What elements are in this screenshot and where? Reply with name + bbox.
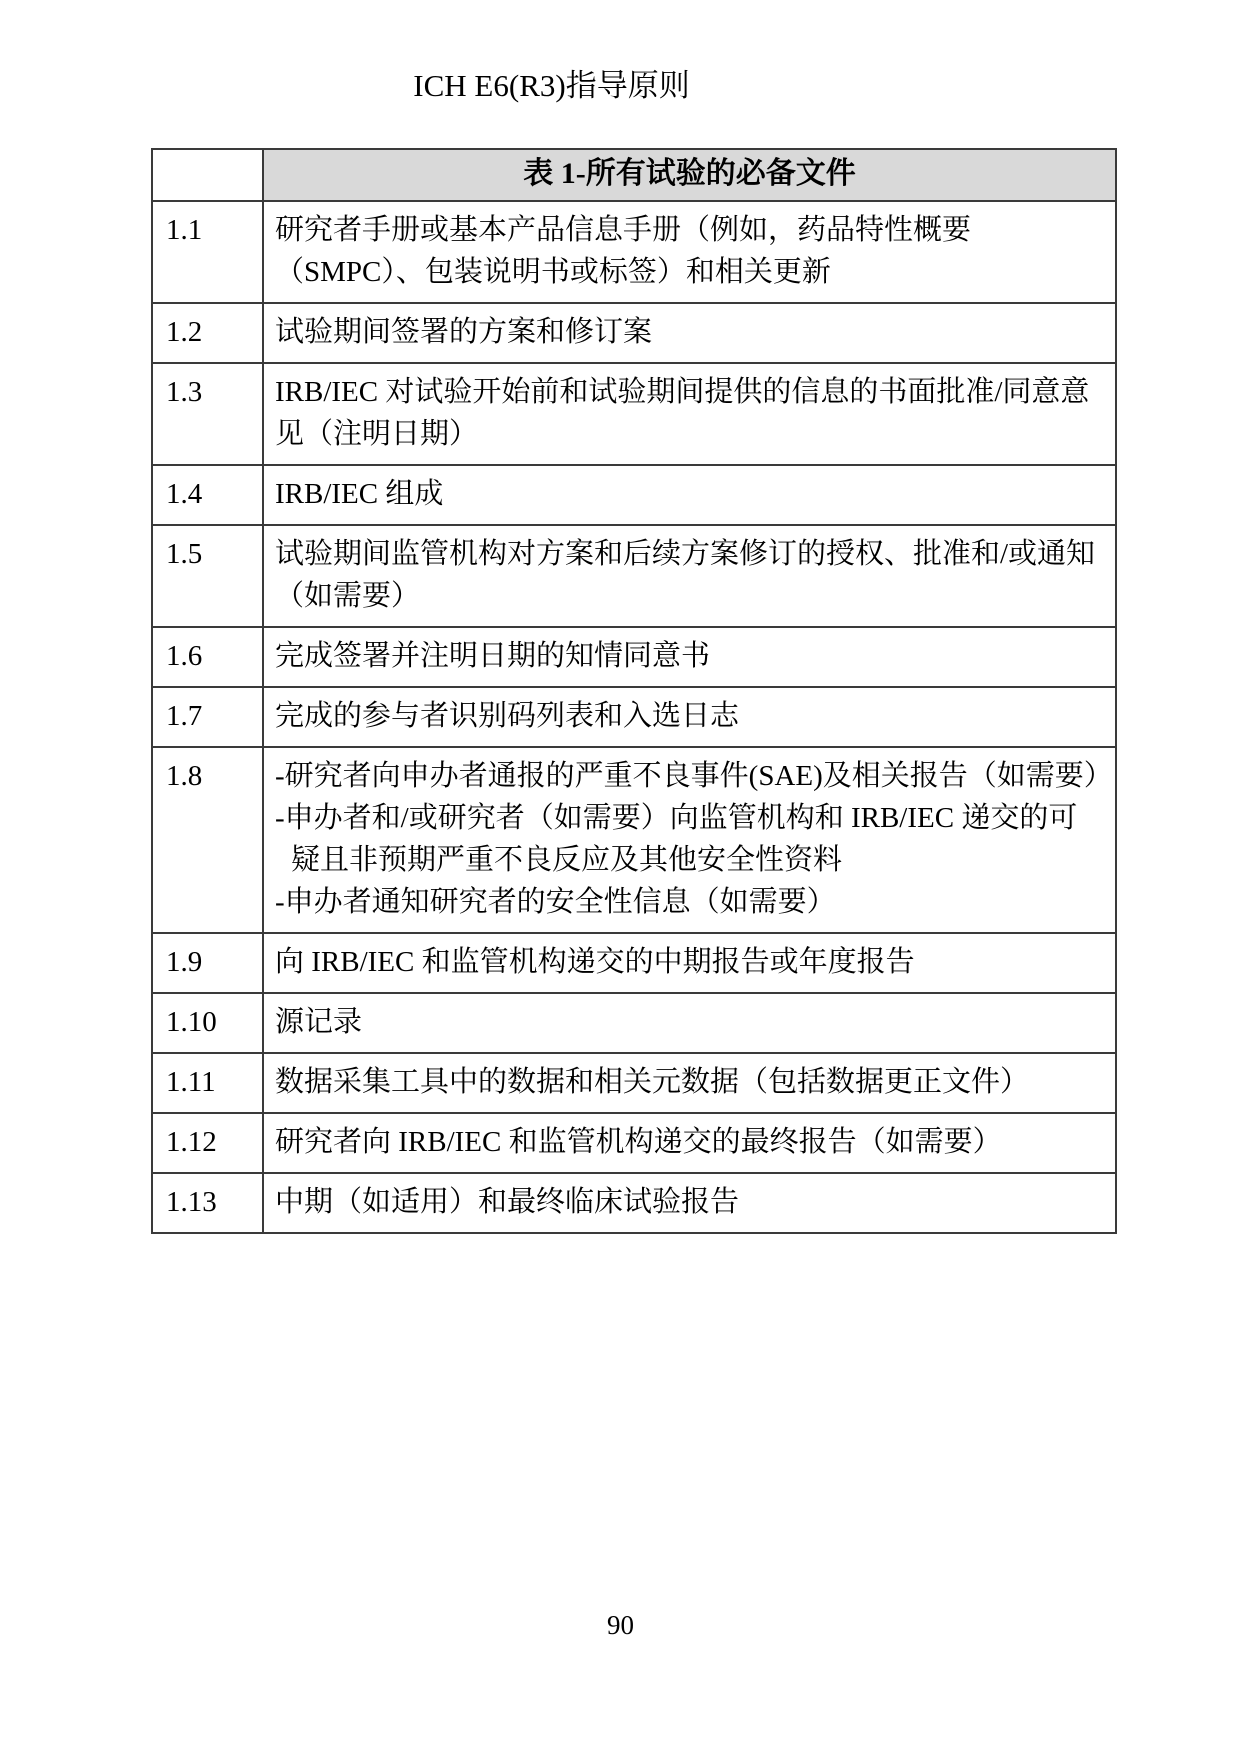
row-id: 1.5: [152, 525, 263, 627]
table-row: 1.5试验期间监管机构对方案和后续方案修订的授权、批准和/或通知（如需要）: [152, 525, 1116, 627]
table-header-empty-cell: [152, 149, 263, 201]
essential-documents-table: 表 1-所有试验的必备文件 1.1研究者手册或基本产品信息手册（例如，药品特性概…: [151, 148, 1117, 1234]
row-description: 源记录: [263, 993, 1116, 1053]
row-description: 数据采集工具中的数据和相关元数据（包括数据更正文件）: [263, 1053, 1116, 1113]
table-row: 1.13中期（如适用）和最终临床试验报告: [152, 1173, 1116, 1233]
table-row: 1.3IRB/IEC 对试验开始前和试验期间提供的信息的书面批准/同意意见（注明…: [152, 363, 1116, 465]
row-description: 研究者向 IRB/IEC 和监管机构递交的最终报告（如需要）: [263, 1113, 1116, 1173]
row-id: 1.4: [152, 465, 263, 525]
dash-list-item: -申办者和/或研究者（如需要）向监管机构和 IRB/IEC 递交的可疑且非预期严…: [275, 797, 1101, 881]
row-description: 完成签署并注明日期的知情同意书: [263, 627, 1116, 687]
row-id: 1.9: [152, 933, 263, 993]
row-description: 完成的参与者识别码列表和入选日志: [263, 687, 1116, 747]
row-id: 1.12: [152, 1113, 263, 1173]
row-id: 1.1: [152, 201, 263, 303]
table-row: 1.8-研究者向申办者通报的严重不良事件(SAE)及相关报告（如需要）-申办者和…: [152, 747, 1116, 933]
dash-list-item: -申办者通知研究者的安全性信息（如需要）: [275, 881, 1101, 923]
dash-list-item: -研究者向申办者通报的严重不良事件(SAE)及相关报告（如需要）: [275, 755, 1101, 797]
row-id: 1.3: [152, 363, 263, 465]
row-id: 1.2: [152, 303, 263, 363]
row-id: 1.8: [152, 747, 263, 933]
row-id: 1.13: [152, 1173, 263, 1233]
table-header-row: 表 1-所有试验的必备文件: [152, 149, 1116, 201]
table-row: 1.4IRB/IEC 组成: [152, 465, 1116, 525]
row-description: -研究者向申办者通报的严重不良事件(SAE)及相关报告（如需要）-申办者和/或研…: [263, 747, 1116, 933]
row-description: IRB/IEC 组成: [263, 465, 1116, 525]
row-id: 1.11: [152, 1053, 263, 1113]
row-id: 1.10: [152, 993, 263, 1053]
table-row: 1.10源记录: [152, 993, 1116, 1053]
row-id: 1.7: [152, 687, 263, 747]
table-row: 1.6完成签署并注明日期的知情同意书: [152, 627, 1116, 687]
row-description: 中期（如适用）和最终临床试验报告: [263, 1173, 1116, 1233]
table-row: 1.1研究者手册或基本产品信息手册（例如，药品特性概要（SMPC）、包装说明书或…: [152, 201, 1116, 303]
row-description: 研究者手册或基本产品信息手册（例如，药品特性概要（SMPC）、包装说明书或标签）…: [263, 201, 1116, 303]
document-header-title: ICH E6(R3)指导原则: [0, 66, 1103, 106]
table-row: 1.7完成的参与者识别码列表和入选日志: [152, 687, 1116, 747]
table-row: 1.9向 IRB/IEC 和监管机构递交的中期报告或年度报告: [152, 933, 1116, 993]
row-description: 试验期间签署的方案和修订案: [263, 303, 1116, 363]
table-row: 1.2试验期间签署的方案和修订案: [152, 303, 1116, 363]
row-id: 1.6: [152, 627, 263, 687]
row-description: 试验期间监管机构对方案和后续方案修订的授权、批准和/或通知（如需要）: [263, 525, 1116, 627]
row-description: IRB/IEC 对试验开始前和试验期间提供的信息的书面批准/同意意见（注明日期）: [263, 363, 1116, 465]
page-number: 90: [0, 1610, 1241, 1641]
table-row: 1.12研究者向 IRB/IEC 和监管机构递交的最终报告（如需要）: [152, 1113, 1116, 1173]
row-description: 向 IRB/IEC 和监管机构递交的中期报告或年度报告: [263, 933, 1116, 993]
table-row: 1.11数据采集工具中的数据和相关元数据（包括数据更正文件）: [152, 1053, 1116, 1113]
table-title: 表 1-所有试验的必备文件: [263, 149, 1116, 201]
table-body: 1.1研究者手册或基本产品信息手册（例如，药品特性概要（SMPC）、包装说明书或…: [152, 201, 1116, 1233]
